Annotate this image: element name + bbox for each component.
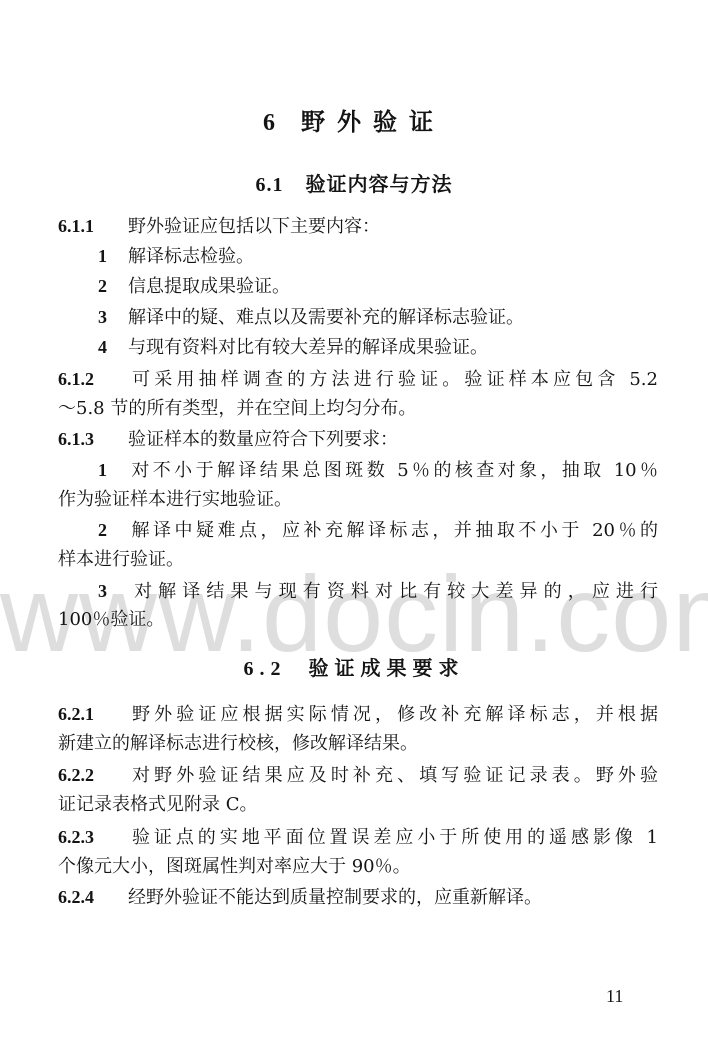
item-text: 对解译结果与现有资料对比有较大差异的，应进行 [128,581,658,602]
clause-continuation: 新建立的解译标志进行校核，修改解译结果。 [58,733,658,755]
section-heading-6-2: 6.2验证成果要求 [0,652,708,681]
clause-6-1-1: 6.1.1野外验证应包括以下主要内容： [58,215,658,238]
list-item: 3解译中的疑、难点以及需要补充的解译标志验证。 [58,306,658,329]
item-text: 与现有资料对比有较大差异的解译成果验证。 [128,337,488,358]
section-title: 验证成果要求 [309,656,465,680]
clause-number: 6.2.3 [58,826,128,848]
list-item: 1对不小于解译结果总图斑数 5％的核查对象，抽取 10％ [58,459,658,482]
clause-number: 6.1.2 [58,368,128,390]
clause-text-line: 验证点的实地平面位置误差应小于所使用的遥感影像 1 [128,827,658,848]
item-text: 解译中的疑、难点以及需要补充的解译标志验证。 [128,307,524,328]
list-item: 3对解译结果与现有资料对比有较大差异的，应进行 [58,580,658,603]
clause-number: 6.2.1 [58,703,128,725]
section-number: 6.2 [244,658,287,680]
clause-6-2-1: 6.2.1野外验证应根据实际情况，修改补充解译标志，并根据 [58,703,658,726]
item-text: 解译标志检验。 [128,246,254,267]
item-text: 对不小于解译结果总图斑数 5％的核查对象，抽取 10％ [128,460,658,481]
clause-text: 验证样本的数量应符合下列要求： [128,429,398,450]
list-item: 2信息提取成果验证。 [58,275,658,298]
list-item: 2解译中疑难点，应补充解译标志，并抽取不小于 20％的 [58,519,658,542]
clause-continuation: 证记录表格式见附录 C。 [58,794,658,816]
item-number: 2 [98,275,128,297]
clause-continuation: ～5.8 节的所有类型，并在空间上均匀分布。 [58,398,658,420]
clause-6-2-4: 6.2.4经野外验证不能达到质量控制要求的，应重新解译。 [58,886,658,909]
clause-text-line: 可采用抽样调查的方法进行验证。验证样本应包含 5.2 [128,369,658,390]
clause-text-line: 对野外验证结果应及时补充、填写验证记录表。野外验 [128,765,658,786]
item-text: 解译中疑难点，应补充解译标志，并抽取不小于 20％的 [128,520,658,541]
item-number: 2 [98,519,128,541]
item-number: 1 [98,459,128,481]
section-title: 验证内容与方法 [306,172,453,196]
chapter-heading: 6野外验证 [0,102,708,137]
clause-text-line: 野外验证应根据实际情况，修改补充解译标志，并根据 [128,704,658,725]
item-continuation: 样本进行验证。 [58,549,658,571]
item-number: 1 [98,245,128,267]
item-number: 4 [98,336,128,358]
section-heading-6-1: 6.1验证内容与方法 [0,168,708,197]
clause-6-1-2: 6.1.2可采用抽样调查的方法进行验证。验证样本应包含 5.2 [58,368,658,391]
clause-number: 6.2.2 [58,764,128,786]
chapter-number: 6 [263,110,275,136]
item-number: 3 [98,580,128,602]
clause-continuation: 个像元大小，图斑属性判对率应大于 90％。 [58,856,658,878]
clause-number: 6.2.4 [58,886,128,908]
clause-6-1-3: 6.1.3验证样本的数量应符合下列要求： [58,428,658,451]
clause-text: 经野外验证不能达到质量控制要求的，应重新解译。 [128,887,542,908]
clause-number: 6.1.1 [58,215,128,237]
section-number: 6.1 [256,174,284,196]
page-number: 11 [606,986,623,1007]
clause-number: 6.1.3 [58,428,128,450]
clause-text: 野外验证应包括以下主要内容： [128,216,380,237]
item-text: 信息提取成果验证。 [128,276,290,297]
list-item: 4与现有资料对比有较大差异的解译成果验证。 [58,336,658,359]
item-continuation: 作为验证样本进行实地验证。 [58,489,658,511]
list-item: 1解译标志检验。 [58,245,658,268]
clause-6-2-3: 6.2.3验证点的实地平面位置误差应小于所使用的遥感影像 1 [58,826,658,849]
item-number: 3 [98,306,128,328]
clause-6-2-2: 6.2.2对野外验证结果应及时补充、填写验证记录表。野外验 [58,764,658,787]
chapter-title: 野外验证 [301,107,445,136]
item-continuation: 100％验证。 [58,609,658,631]
